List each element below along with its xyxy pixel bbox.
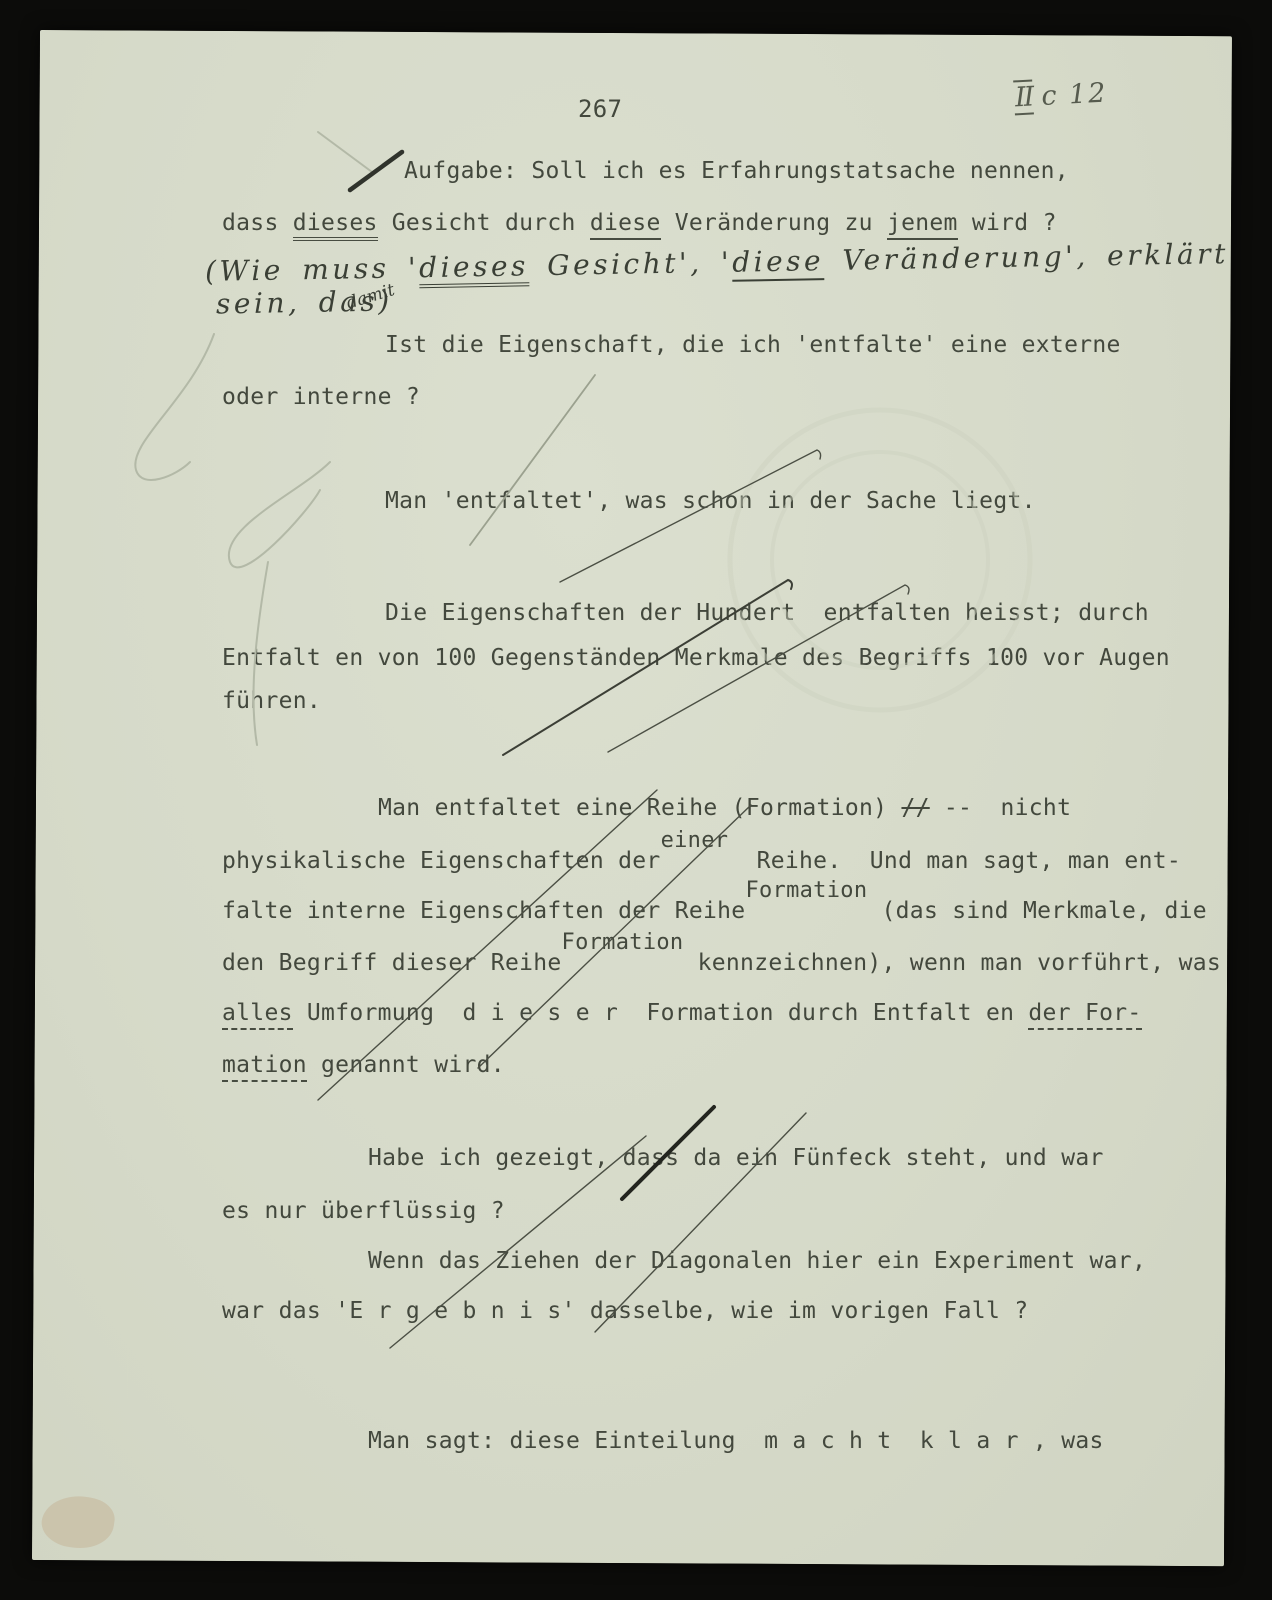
- typed-line: Die Eigenschaften der Hundert entfalten …: [385, 600, 1149, 626]
- typed-line: falte interne Eigenschaften der ReiheFor…: [222, 898, 1207, 924]
- interlinear-insertion: einer: [661, 828, 729, 853]
- typed-line: Aufgabe: Soll ich es Erfahrungstatsache …: [404, 158, 1069, 184]
- typed-line: Man sagt: diese Einteilung m a c h t k l…: [368, 1428, 1104, 1454]
- typed-line: physikalische Eigenschaften dereiner Rei…: [222, 848, 1181, 874]
- underlined-word: mation: [222, 1052, 307, 1082]
- archive-mark-roman: II: [1013, 79, 1034, 115]
- typed-line: Wenn das Ziehen der Diagonalen hier ein …: [368, 1248, 1146, 1274]
- interlinear-insertion: Formation: [562, 930, 684, 955]
- page-number: 267: [578, 95, 622, 123]
- archive-mark-suffix: c 12: [1033, 78, 1109, 113]
- underlined-word: dieses: [419, 249, 529, 288]
- typed-line: Ist die Eigenschaft, die ich 'entfalte' …: [385, 332, 1121, 358]
- typed-line: oder interne ?: [222, 384, 420, 410]
- typed-line: führen.: [222, 688, 321, 714]
- typed-line: Habe ich gezeigt, dass da ein Fünfeck st…: [368, 1145, 1104, 1171]
- interlinear-insertion: Formation: [745, 878, 867, 903]
- typed-line: Man entfaltet eine Reihe (Formation) // …: [378, 795, 1071, 821]
- typed-line: es nur überflüssig ?: [222, 1198, 505, 1224]
- underlined-word: der For-: [1028, 1000, 1141, 1030]
- archive-mark: IIc 12: [1013, 78, 1108, 114]
- scanned-typescript-page: 267 IIc 12 Aufgabe: Soll ich es Erfahrun…: [0, 0, 1272, 1600]
- typed-line: mation genannt wird.: [222, 1052, 505, 1078]
- typed-line: Entfalt en von 100 Gegenständen Merkmale…: [222, 645, 1170, 671]
- crossed-out-slashes: //: [901, 795, 929, 821]
- typed-line: war das 'E r g e b n i s' dasselbe, wie …: [222, 1298, 1028, 1324]
- underlined-word: diese: [590, 210, 661, 240]
- handwritten-annotation-line: sein, dadamits): [216, 284, 393, 320]
- underlined-word: diese: [732, 244, 825, 282]
- typed-line: alles Umformung d i e s e r Formation du…: [222, 1000, 1142, 1026]
- underlined-word: jenem: [887, 210, 958, 240]
- typed-line: dass dieses Gesicht durch diese Veränder…: [222, 210, 1057, 236]
- underlined-word: dieses: [293, 210, 378, 241]
- typed-line: Man 'entfaltet', was schon in der Sache …: [385, 488, 1036, 514]
- underlined-word: alles: [222, 1000, 293, 1030]
- typed-line: den Begriff dieser ReiheFormation kennze…: [222, 950, 1221, 976]
